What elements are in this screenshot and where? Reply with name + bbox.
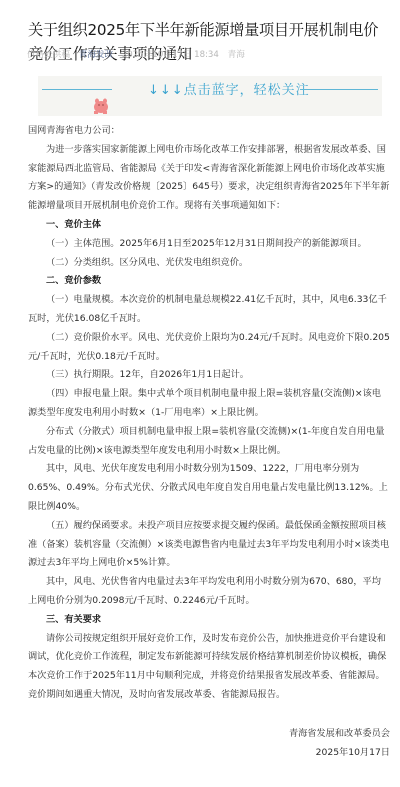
follow-banner-text[interactable]: ↓↓↓点击蓝字，轻松关注: [148, 79, 310, 98]
publish-location: 青海: [228, 50, 245, 60]
signature-organization: 青海省发展和改革委员会: [289, 724, 390, 743]
paragraph: （一）电量规模。本次竞价的机制电量总规模22.41亿千瓦时，其中，风电6.33亿…: [28, 291, 390, 329]
addressee: 国网青海省电力公司：: [28, 122, 390, 141]
section-heading: 二、竞价参数: [28, 272, 390, 291]
paragraph: （二）分类组织。区分风电、光伏发电组织竞价。: [28, 254, 390, 273]
paragraph: （三）执行期限。12年，自2026年1月1日起计。: [28, 366, 390, 385]
paragraph: 分布式（分散式）项目机制电量申报上限=装机容量(交流侧)×(1-年度自发自用电量…: [28, 423, 390, 461]
source-label: 价格处供稿: [27, 50, 70, 60]
paragraph: 请你公司按规定组织开展好竞价工作，及时发布竞价公告，加快推进竞价平台建设和调试，…: [28, 630, 390, 705]
paragraph: （四）申报电量上限。集中式单个项目机制电量申报上限=装机容量(交流侧)×该电源类…: [28, 385, 390, 423]
paragraph: （一）主体范围。2025年6月1日至2025年12月31日期间投产的新能源项目。: [28, 235, 390, 254]
section-heading: 一、竞价主体: [28, 216, 390, 235]
paragraph: 其中，风电、光伏售省内电量过去3年平均发电利用小时数分别为670、680，平均上…: [28, 573, 390, 611]
pig-mascot-icon: [90, 96, 112, 116]
section-heading: 三、有关要求: [28, 611, 390, 630]
follow-banner[interactable]: ↓↓↓点击蓝字，轻松关注: [38, 76, 382, 116]
intro-paragraph: 为进一步落实国家新能源上网电价市场化改革工作安排部署，根据省发展改革委、国家能源…: [28, 141, 390, 216]
divider-line-left: [42, 89, 112, 90]
paragraph: 其中，风电、光伏年度发电利用小时数分别为1509、1222，厂用电率分别为0.6…: [28, 460, 390, 516]
account-name-link[interactable]: 青海发改: [79, 50, 113, 60]
article-meta: 价格处供稿 青海发改 2025年10月17日 18:34 青海: [27, 48, 251, 60]
article-body: 国网青海省电力公司： 为进一步落实国家新能源上网电价市场化改革工作安排部署，根据…: [28, 122, 390, 705]
publish-datetime: 2025年10月17日 18:34: [122, 50, 219, 60]
paragraph: （二）竞价限价水平。风电、光伏竞价上限均为0.24元/千瓦时。风电竞价下限0.2…: [28, 329, 390, 367]
signature-date: 2025年10月17日: [289, 743, 390, 762]
signature-block: 青海省发展和改革委员会 2025年10月17日: [289, 724, 390, 762]
paragraph: （五）履约保函要求。未投产项目应按要求提交履约保函。最低保函金额按照项目核准（备…: [28, 517, 390, 573]
divider-line-right: [300, 89, 378, 90]
